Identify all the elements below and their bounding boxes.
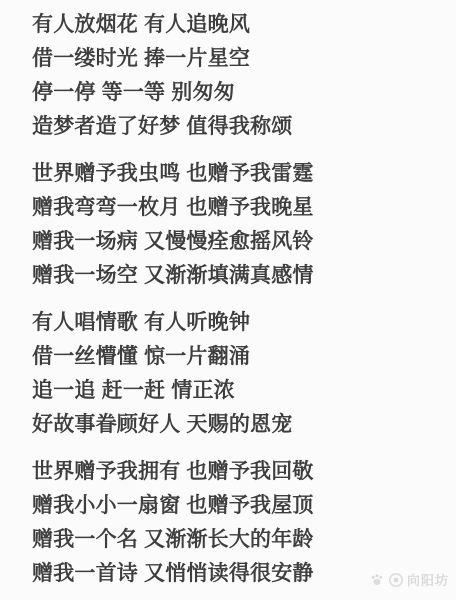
lyric-line: 借一丝懵懂 惊一片翻涌 [32, 340, 314, 374]
paw-icon [369, 572, 385, 588]
stanza-3: 有人唱情歌 有人听晚钟 借一丝懵懂 惊一片翻涌 追一追 赶一赶 情正浓 好故事眷… [32, 306, 314, 442]
stanza-4: 世界赠予我拥有 也赠予我回敬 赠我小小一扇窗 也赠予我屋顶 赠我一个名 又渐渐长… [32, 455, 314, 591]
watermark: 向阳坊 [369, 570, 449, 589]
watermark-text: 向阳坊 [407, 570, 449, 589]
stanza-1: 有人放烟花 有人追晚风 借一缕时光 捧一片星空 停一停 等一等 别匆匆 造梦者造… [32, 8, 314, 144]
lyric-line: 赠我小小一扇窗 也赠予我屋顶 [32, 489, 314, 523]
lyric-line: 世界赠予我虫鸣 也赠予我雷霆 [32, 157, 314, 191]
lyric-line: 赠我一场空 又渐渐填满真感情 [32, 259, 314, 293]
lyric-line: 赠我一首诗 又悄悄读得很安静 [32, 557, 314, 591]
round-logo-icon [388, 572, 404, 588]
lyric-line: 造梦者造了好梦 值得我称颂 [32, 110, 314, 144]
lyric-line: 赠我弯弯一枚月 也赠予我晚星 [32, 191, 314, 225]
lyrics-image: { "page": { "background": "#fbfbfb", "te… [0, 0, 456, 600]
lyric-line: 赠我一个名 又渐渐长大的年龄 [32, 523, 314, 557]
lyric-line: 好故事眷顾好人 天赐的恩宠 [32, 408, 314, 442]
lyric-line: 赠我一场病 又慢慢痊愈摇风铃 [32, 225, 314, 259]
lyrics-text-block: 有人放烟花 有人追晚风 借一缕时光 捧一片星空 停一停 等一等 别匆匆 造梦者造… [32, 8, 314, 600]
lyric-line: 世界赠予我拥有 也赠予我回敬 [32, 455, 314, 489]
lyric-line: 借一缕时光 捧一片星空 [32, 42, 314, 76]
stanza-2: 世界赠予我虫鸣 也赠予我雷霆 赠我弯弯一枚月 也赠予我晚星 赠我一场病 又慢慢痊… [32, 157, 314, 293]
lyric-line: 停一停 等一等 别匆匆 [32, 76, 314, 110]
lyric-line: 追一追 赶一赶 情正浓 [32, 374, 314, 408]
lyric-line: 有人唱情歌 有人听晚钟 [32, 306, 314, 340]
lyric-line: 有人放烟花 有人追晚风 [32, 8, 314, 42]
